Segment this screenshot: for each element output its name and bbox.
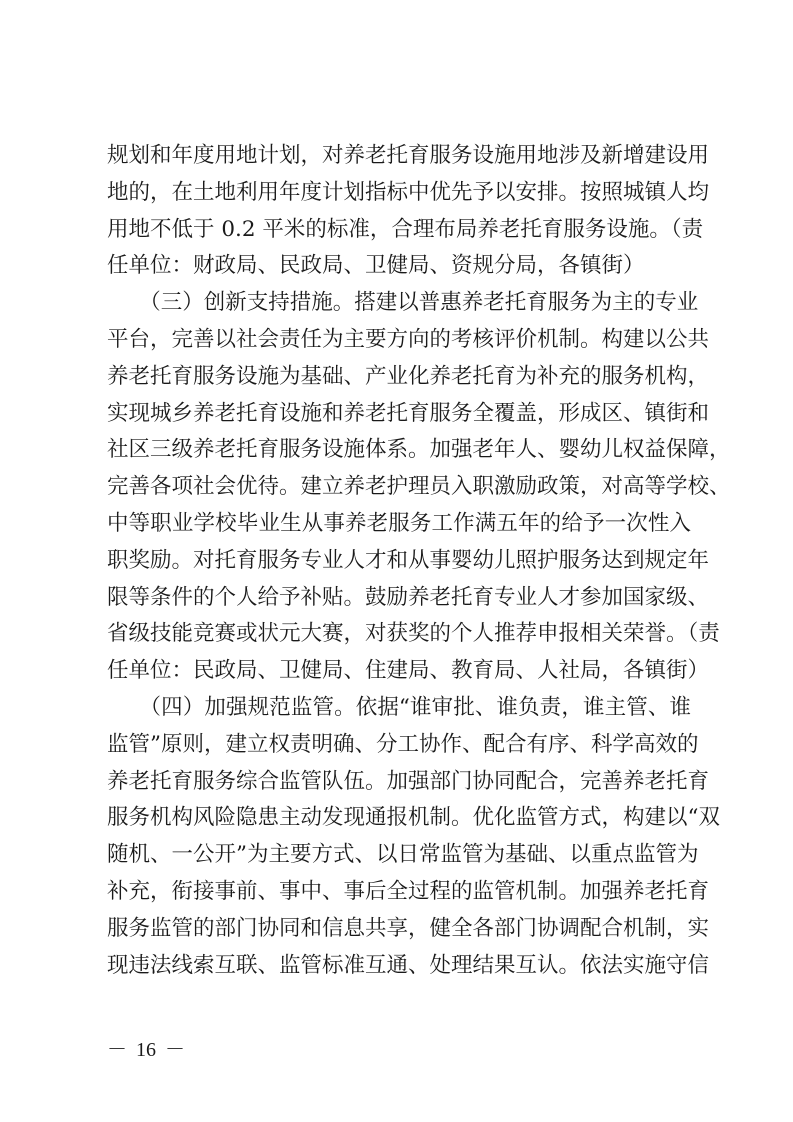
text-line: 监管”原则，建立权责明确、分工协作、配合有序、科学高效的 <box>107 727 691 764</box>
text-line: 省级技能竞赛或状元大赛，对获奖的个人推荐申报相关荣誉。（责 <box>107 616 691 653</box>
section-heading-line: （三）创新支持措施。搭建以普惠养老托育服务为主的专业 <box>107 285 691 322</box>
text-line: 随机、一公开”为主要方式、以日常监管为基础、以重点监管为 <box>107 837 691 874</box>
text-line: 服务机构风险隐患主动发现通报机制。优化监管方式，构建以“双 <box>107 800 691 837</box>
text-line: 养老托育服务设施为基础、产业化养老托育为补充的服务机构， <box>107 359 691 396</box>
text-line: 职奖励。对托育服务专业人才和从事婴幼儿照护服务达到规定年 <box>107 543 691 580</box>
text-line: 实现城乡养老托育设施和养老托育服务全覆盖，形成区、镇街和 <box>107 396 691 433</box>
text-line: 补充，衔接事前、事中、事后全过程的监管机制。加强养老托育 <box>107 874 691 911</box>
text-line: 完善各项社会优待。建立养老护理员入职激励政策，对高等学校、 <box>107 469 691 506</box>
section-heading-line: （四）加强规范监管。依据“谁审批、谁负责，谁主管、谁 <box>107 690 691 727</box>
text-line: 社区三级养老托育服务设施体系。加强老年人、婴幼儿权益保障， <box>107 432 691 469</box>
text-line: 养老托育服务综合监管队伍。加强部门协同配合，完善养老托育 <box>107 764 691 801</box>
text-line: 现违法线索互联、监管标准互通、处理结果互认。依法实施守信 <box>107 948 691 985</box>
body-text: 规划和年度用地计划，对养老托育服务设施用地涉及新增建设用 地的，在土地利用年度计… <box>107 138 691 984</box>
text-line: 任单位：民政局、卫健局、住建局、教育局、人社局，各镇街） <box>107 653 691 690</box>
text-line: 用地不低于 0.2 平米的标准，合理布局养老托育服务设施。（责 <box>107 212 691 249</box>
text-line: 中等职业学校毕业生从事养老服务工作满五年的给予一次性入 <box>107 506 691 543</box>
document-page: 规划和年度用地计划，对养老托育服务设施用地涉及新增建设用 地的，在土地利用年度计… <box>0 0 793 1122</box>
page-number: － 16 － <box>107 1038 185 1062</box>
text-line: 地的，在土地利用年度计划指标中优先予以安排。按照城镇人均 <box>107 175 691 212</box>
text-line: 平台，完善以社会责任为主要方向的考核评价机制。构建以公共 <box>107 322 691 359</box>
text-line: 规划和年度用地计划，对养老托育服务设施用地涉及新增建设用 <box>107 138 691 175</box>
text-line: 限等条件的个人给予补贴。鼓励养老托育专业人才参加国家级、 <box>107 580 691 617</box>
text-line: 任单位：财政局、民政局、卫健局、资规分局，各镇街） <box>107 248 691 285</box>
text-line: 服务监管的部门协同和信息共享，健全各部门协调配合机制，实 <box>107 911 691 948</box>
